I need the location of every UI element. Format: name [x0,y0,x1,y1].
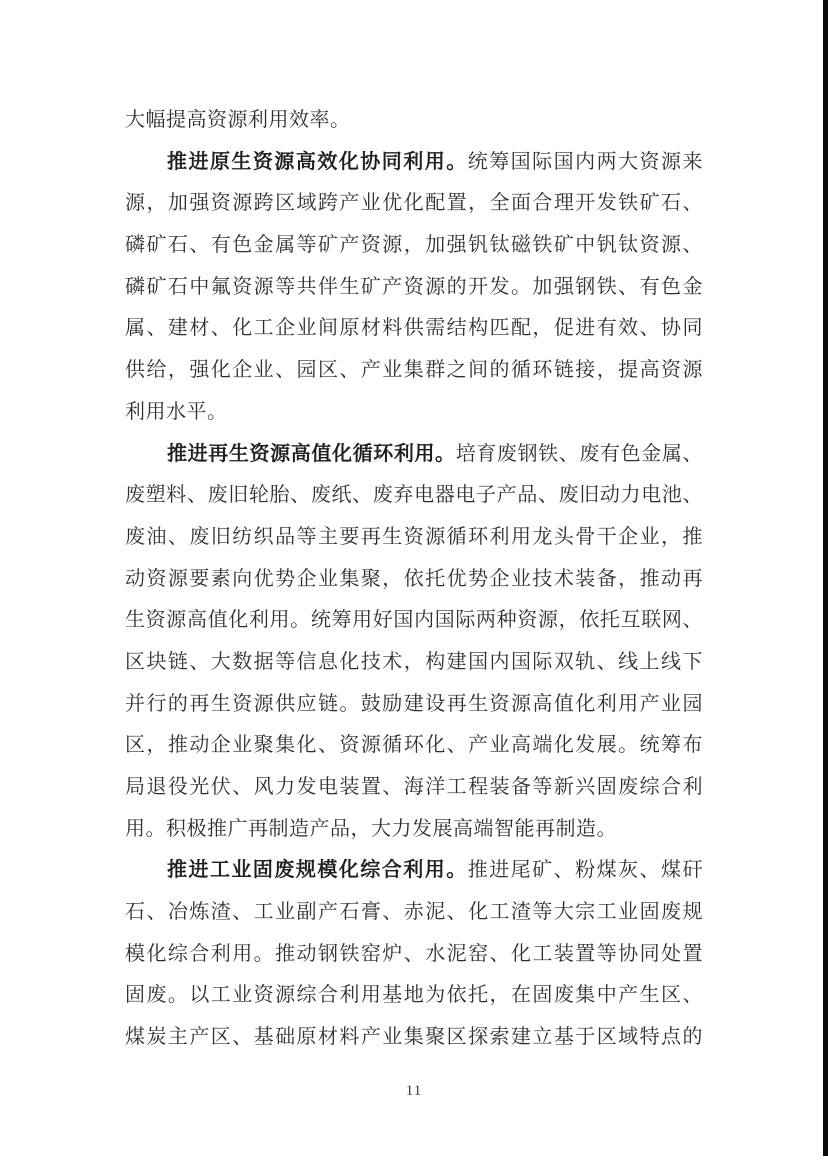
text-line: 局退役光伏、风力发电装置、海洋工程装备等新兴固废综合利 [125,767,703,809]
text-line: 石、冶炼渣、工业副产石膏、赤泥、化工渣等大宗工业固废规 [125,892,703,934]
page-number: 11 [125,1083,703,1100]
line-text: 煤炭主产区、基础原材料产业集聚区探索建立基于区域特点的 [125,1026,703,1048]
text-line: 用。积极推广再制造产品，大力发展高端智能再制造。 [125,809,703,851]
text-line: 源，加强资源跨区域跨产业优化配置，全面合理开发铁矿石、 [125,183,703,225]
text-line: 区块链、大数据等信息化技术，构建国内国际双轨、线上线下 [125,642,703,684]
line-text: 废油、废旧纺织品等主要再生资源循环利用龙头骨干企业，推 [125,526,703,548]
document-page: 大幅提高资源利用效率。 推进原生资源高效化协同利用。统筹国际国内两大资源来 源，… [0,0,828,1169]
text-line: 供给，强化企业、园区、产业集群之间的循环链接，提高资源 [125,350,703,392]
text-line: 磷矿石、有色金属等矿产资源，加强钒钛磁铁矿中钒钛资源、 [125,225,703,267]
line-text: 固废。以工业资源综合利用基地为依托，在固废集中产生区、 [125,984,703,1006]
scan-edge-right [823,0,828,1156]
text-line: 生资源高值化利用。统筹用好国内国际两种资源，依托互联网、 [125,600,703,642]
text-line: 利用水平。 [125,392,703,434]
text-line: 推进再生资源高值化循环利用。培育废钢铁、废有色金属、 [125,434,703,476]
line-text: 动资源要素向优势企业集聚，依托优势企业技术装备，推动再 [125,568,703,590]
text-line: 推进原生资源高效化协同利用。统筹国际国内两大资源来 [125,142,703,184]
line-text: 区块链、大数据等信息化技术，构建国内国际双轨、线上线下 [125,651,703,673]
text-line: 大幅提高资源利用效率。 [125,100,703,142]
line-text: 供给，强化企业、园区、产业集群之间的循环链接，提高资源 [125,359,703,381]
text-line: 废塑料、废旧轮胎、废纸、废弃电器电子产品、废旧动力电池、 [125,475,703,517]
line-text: 推进尾矿、粉煤灰、煤矸 [468,859,703,881]
text-line: 模化综合利用。推动钢铁窑炉、水泥窑、化工装置等协同处置 [125,934,703,976]
line-text: 磷矿石、有色金属等矿产资源，加强钒钛磁铁矿中钒钛资源、 [125,234,703,256]
line-text: 局退役光伏、风力发电装置、海洋工程装备等新兴固废综合利 [125,776,703,798]
text-block: 大幅提高资源利用效率。 推进原生资源高效化协同利用。统筹国际国内两大资源来 源，… [125,100,703,1059]
text-line: 推进工业固废规模化综合利用。推进尾矿、粉煤灰、煤矸 [125,850,703,892]
paragraph-lead: 推进再生资源高值化循环利用。 [167,443,456,465]
text-line: 磷矿石中氟资源等共伴生矿产资源的开发。加强钢铁、有色金 [125,267,703,309]
text-line: 废油、废旧纺织品等主要再生资源循环利用龙头骨干企业，推 [125,517,703,559]
line-text: 废塑料、废旧轮胎、废纸、废弃电器电子产品、废旧动力电池、 [125,484,703,506]
line-text: 利用水平。 [125,401,228,423]
line-text: 培育废钢铁、废有色金属、 [456,443,703,465]
paragraph-lead: 推进原生资源高效化协同利用。 [167,151,468,173]
line-text: 并行的再生资源供应链。鼓励建设再生资源高值化利用产业园 [125,693,703,715]
line-text: 属、建材、化工企业间原材料供需结构匹配，促进有效、协同 [125,317,703,339]
text-line: 固废。以工业资源综合利用基地为依托，在固废集中产生区、 [125,975,703,1017]
line-text: 磷矿石中氟资源等共伴生矿产资源的开发。加强钢铁、有色金 [125,276,703,298]
text-line: 并行的再生资源供应链。鼓励建设再生资源高值化利用产业园 [125,684,703,726]
line-text: 区，推动企业聚集化、资源循环化、产业高端化发展。统筹布 [125,734,703,756]
line-text: 源，加强资源跨区域跨产业优化配置，全面合理开发铁矿石、 [125,192,703,214]
line-text: 石、冶炼渣、工业副产石膏、赤泥、化工渣等大宗工业固废规 [125,901,703,923]
text-line: 动资源要素向优势企业集聚，依托优势企业技术装备，推动再 [125,559,703,601]
text-line: 属、建材、化工企业间原材料供需结构匹配，促进有效、协同 [125,308,703,350]
paragraph-lead: 推进工业固废规模化综合利用。 [167,859,468,881]
text-line: 煤炭主产区、基础原材料产业集聚区探索建立基于区域特点的 [125,1017,703,1059]
line-text: 大幅提高资源利用效率。 [125,109,351,131]
line-text: 用。积极推广再制造产品，大力发展高端智能再制造。 [125,818,617,840]
line-text: 模化综合利用。推动钢铁窑炉、水泥窑、化工装置等协同处置 [125,943,703,965]
text-line: 区，推动企业聚集化、资源循环化、产业高端化发展。统筹布 [125,725,703,767]
line-text: 生资源高值化利用。统筹用好国内国际两种资源，依托互联网、 [125,609,703,631]
line-text: 统筹国际国内两大资源来 [468,151,703,173]
